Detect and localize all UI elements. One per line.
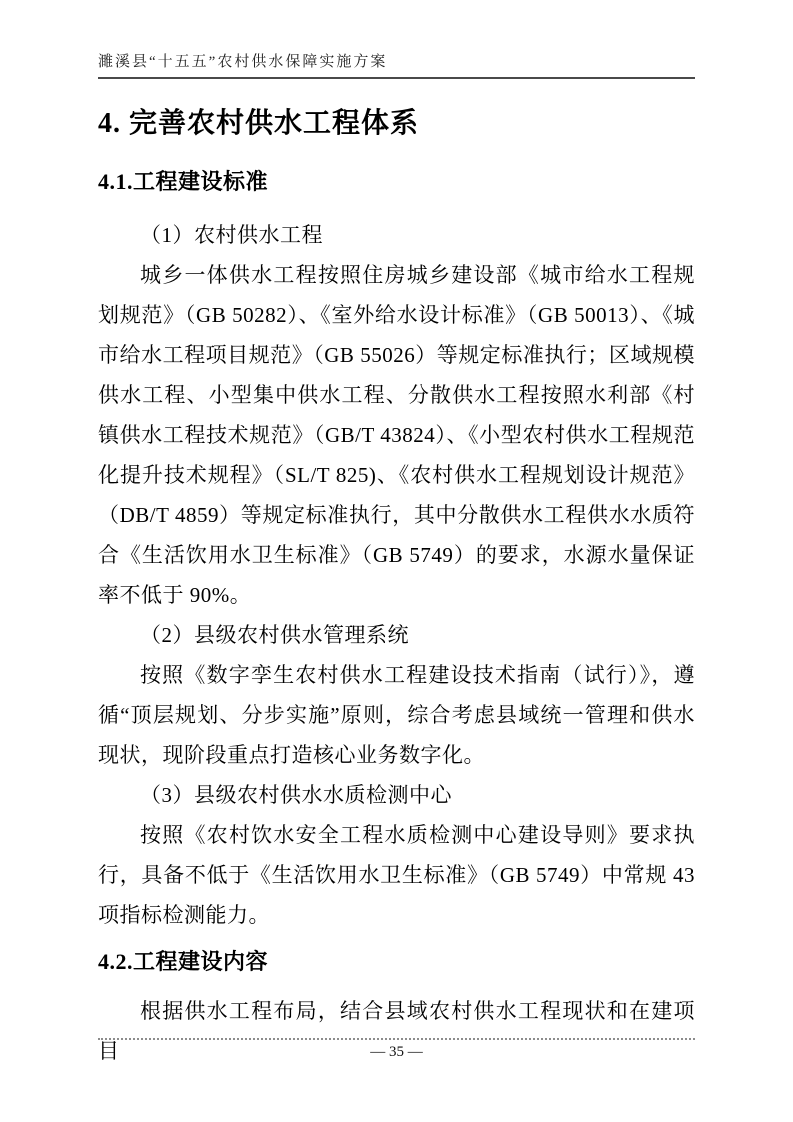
paragraph-item-2-body: 按照《数字孪生农村供水工程建设技术指南（试行）》，遵循“顶层规划、分步实施”原则… (98, 655, 695, 775)
paragraph-item-3-body: 按照《农村饮水安全工程水质检测中心建设导则》要求执行，具备不低于《生活饮用水卫生… (98, 815, 695, 935)
paragraph-item-1-title: （1）农村供水工程 (98, 215, 695, 255)
paragraph-item-3-title: （3）县级农村供水水质检测中心 (98, 775, 695, 815)
paragraph-item-2-title: （2）县级农村供水管理系统 (98, 615, 695, 655)
paragraph-item-1-body: 城乡一体供水工程按照住房城乡建设部《城市给水工程规划规范》（GB 50282）、… (98, 255, 695, 615)
section-heading-4-1: 4.1.工程建设标准 (98, 167, 695, 197)
page-number: — 35 — (370, 1040, 423, 1061)
section-heading-4-2: 4.2.工程建设内容 (98, 947, 695, 977)
chapter-heading: 4. 完善农村供水工程体系 (98, 105, 695, 143)
header-title: 濉溪县“十五五”农村供水保障实施方案 (98, 54, 387, 70)
page-footer: — 35 — (98, 1038, 695, 1061)
document-page: 濉溪县“十五五”农村供水保障实施方案 4. 完善农村供水工程体系 4.1.工程建… (0, 0, 793, 1122)
page-header: 濉溪县“十五五”农村供水保障实施方案 (98, 52, 695, 79)
section-4-1-body: （1）农村供水工程 城乡一体供水工程按照住房城乡建设部《城市给水工程规划规范》（… (98, 215, 695, 935)
